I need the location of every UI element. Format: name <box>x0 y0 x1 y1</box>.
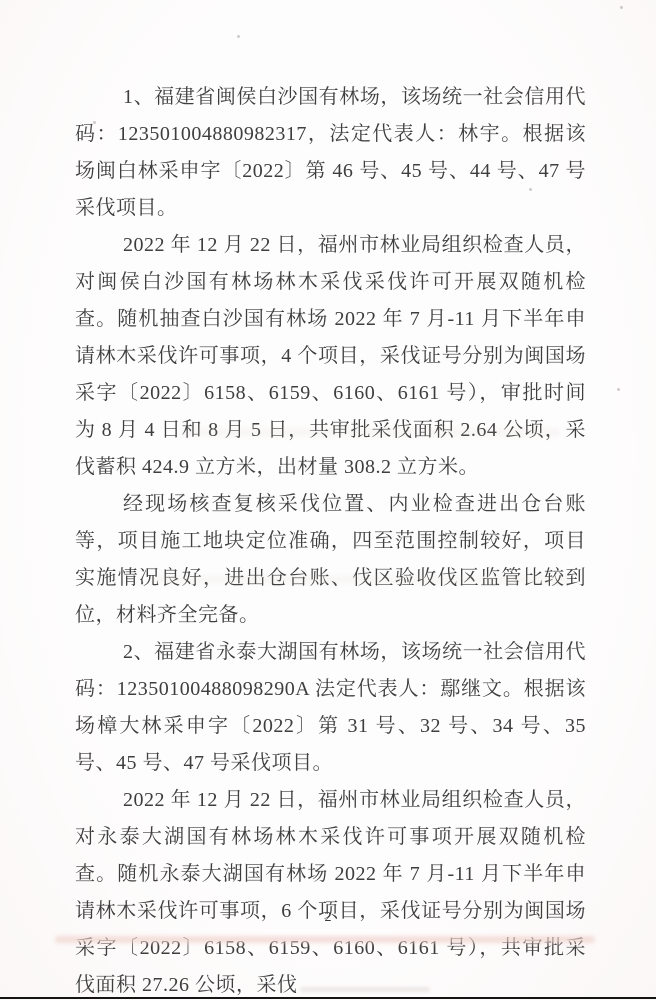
ghost-text-artifact <box>150 575 570 584</box>
scan-smudge-artifact <box>300 987 430 992</box>
scan-noise-speck <box>93 121 96 124</box>
document-body: 1、福建省闽侯白沙国有林场，该场统一社会信用代码：123501004880982… <box>75 79 586 1000</box>
paragraph-2-baisha-inspection-details: 2022 年 12 月 22 日，福州市林业局组织检查人员，对闽侯白沙国有林场林… <box>75 227 586 486</box>
paragraph-1-minhou-baisha-intro: 1、福建省闽侯白沙国有林场，该场统一社会信用代码：123501004880982… <box>75 79 586 227</box>
paragraph-5-dahu-inspection-details: 2022 年 12 月 22 日，福州市林业局组织检查人员，对永泰大湖国有林场林… <box>75 782 586 1000</box>
scan-noise-speck <box>620 6 623 9</box>
scan-bottom-edge <box>0 997 656 999</box>
scanned-document-page: 1、福建省闽侯白沙国有林场，该场统一社会信用代码：123501004880982… <box>0 0 656 1000</box>
scan-noise-speck <box>237 35 240 38</box>
page-number: 2 <box>0 908 656 928</box>
scan-noise-speck <box>529 188 532 191</box>
paragraph-3-baisha-inspection-findings: 经现场核查复核采伐位置、内业检查进出仓台账等，项目施工地块定位准确，四至范围控制… <box>75 486 586 634</box>
scan-noise-speck <box>617 388 620 391</box>
scan-streak-artifact <box>55 936 595 943</box>
scan-noise-speck <box>567 398 570 401</box>
paragraph-4-yongtai-dahu-intro: 2、福建省永泰大湖国有林场，该场统一社会信用代码：123501004880982… <box>75 634 586 782</box>
ghost-text-artifact <box>180 428 560 437</box>
